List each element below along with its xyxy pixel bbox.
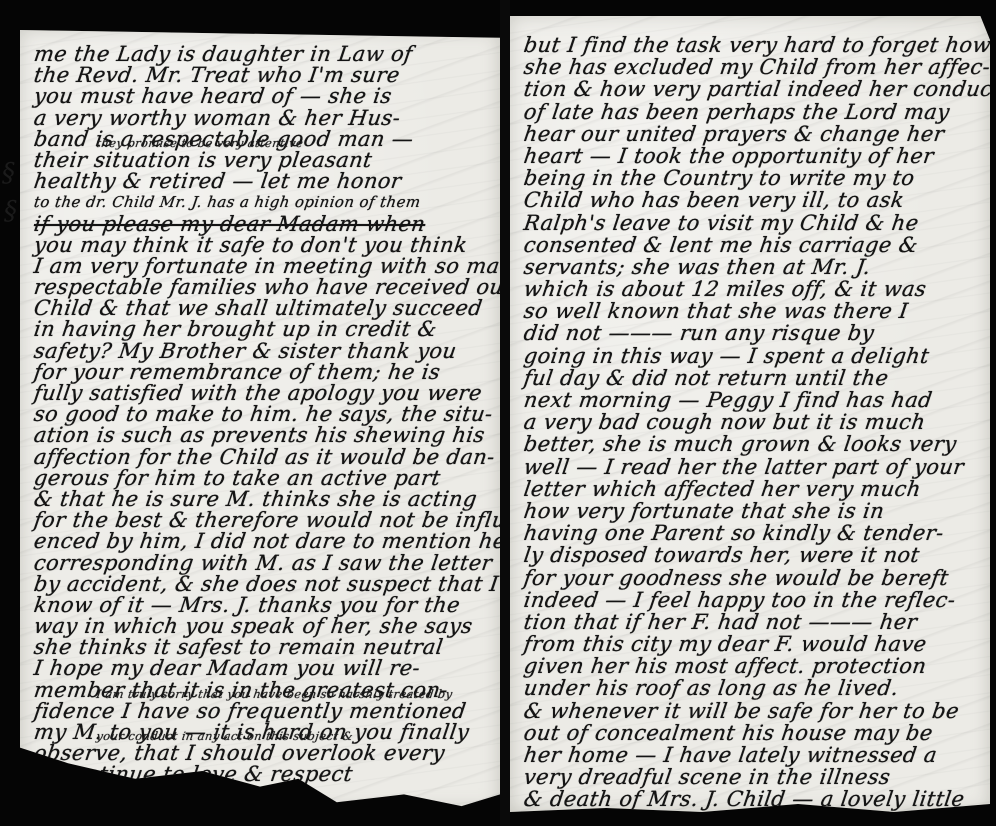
manuscript-line: which is about 12 miles off, & it was <box>522 278 981 300</box>
manuscript-line: you must have heard of — she is <box>33 86 492 107</box>
manuscript-line: a very worthy woman & her Hus- <box>33 108 492 129</box>
manuscript-line: well — I read her the latter part of you… <box>522 456 981 478</box>
line-text: affection for the Child as it would be d… <box>32 445 496 469</box>
manuscript-line: ful day & did not return until the <box>522 367 981 389</box>
manuscript-line: & continue to love & respect <box>33 764 492 785</box>
line-text: ful day & did not return until the <box>522 366 890 390</box>
manuscript-line: & whenever it will be safe for her to be <box>522 700 981 722</box>
manuscript-line: how very fortunate that she is in <box>522 500 981 522</box>
line-text: enced by him, I did not dare to mention … <box>32 529 500 553</box>
manuscript-line: affection for the Child as it would be d… <box>33 447 492 468</box>
line-text: a very worthy woman & her Hus- <box>32 106 402 130</box>
line-text: better, she is much grown & looks very <box>522 432 958 456</box>
margin-bracket-mark: § <box>4 196 17 226</box>
line-text: from this city my dear F. would have <box>522 632 928 656</box>
manuscript-line: tion & how very partial indeed her condu… <box>522 78 981 100</box>
manuscript-line: out of concealment his house may be <box>522 722 981 744</box>
line-text: healthy & retired — let me honor <box>32 169 403 193</box>
manuscript-line: being in the Country to write my to <box>522 167 981 189</box>
manuscript-line: from this city my dear F. would have <box>522 633 981 655</box>
manuscript-line: in having her brought up in credit & <box>33 319 492 340</box>
manuscript-line: fully satisfied with the apology you wer… <box>33 383 492 404</box>
manuscript-line: next morning — Peggy I find has had <box>522 389 981 411</box>
manuscript-line: under his roof as long as he lived. <box>522 677 981 699</box>
manuscript-line: ly disposed towards her, were it not <box>522 544 981 566</box>
line-text: being in the Country to write my to <box>522 166 916 190</box>
line-text: & death of Mrs. J. Child — a lovely litt… <box>522 787 966 811</box>
manuscript-line: indeed — I feel happy too in the reflec- <box>522 589 981 611</box>
manuscript-line: corresponding with M. as I saw the lette… <box>33 553 492 574</box>
manuscript-line: having one Parent so kindly & tender- <box>522 522 981 544</box>
manuscript-line: of late has been perhaps the Lord may <box>522 101 981 123</box>
manuscript-line: going in this way — I spent a delight <box>522 345 981 367</box>
line-text: of late has been perhaps the Lord may <box>522 100 951 124</box>
manuscript-line: hear our united prayers & change her <box>522 123 981 145</box>
line-text: how very fortunate that she is in <box>522 499 886 523</box>
line-text: servants; she was then at Mr. J. <box>522 255 872 279</box>
line-text: a very bad cough now but it is much <box>522 410 927 434</box>
manuscript-line: gerous for him to take an active part <box>33 468 492 489</box>
left-page-text: me the Lady is daughter in Law ofthe Rev… <box>34 44 490 807</box>
line-text: to the dr. Child Mr. J. has a high opini… <box>33 193 422 211</box>
manuscript-line: Ralph's leave to visit my Child & he <box>522 212 981 234</box>
manuscript-line: for your remembrance of them; he is <box>33 362 492 383</box>
line-text: for your goodness she would be bereft <box>522 566 950 590</box>
manuscript-line: if you please my dear Madam when <box>33 214 492 235</box>
manuscript-line: a very bad cough now but it is much <box>522 411 981 433</box>
line-text: very dreadful scene in the illness <box>522 765 892 789</box>
manuscript-line: better, she is much grown & looks very <box>522 433 981 455</box>
line-text: & whenever it will be safe for her to be <box>522 699 960 723</box>
manuscript-line: know of it — Mrs. J. thanks you for the <box>33 595 492 616</box>
line-text: well — I read her the latter part of you… <box>522 455 965 479</box>
line-text: under his roof as long as he lived. <box>522 676 900 700</box>
manuscript-line: letter which affected her very much <box>522 478 981 500</box>
manuscript-line: & that he is sure M. thinks she is actin… <box>33 489 492 510</box>
line-text: Child who has been very ill, to ask <box>522 188 905 212</box>
line-text: her home — I have lately witnessed a <box>522 743 938 767</box>
manuscript-line: I hope my dear Madam you will re- <box>33 658 492 679</box>
margin-bracket-mark: § <box>2 158 15 188</box>
interlinear-insertion: I am truly sorry that you have been so h… <box>96 688 454 700</box>
manuscript-line: heart — I took the opportunity of her <box>522 145 981 167</box>
interlinear-insertion: your conduct in any act on this subject … <box>96 730 354 742</box>
line-text: which is about 12 miles off, & it was <box>522 277 928 301</box>
line-text: given her his most affect. protection <box>522 654 928 678</box>
line-text: consented & lent me his carriage & <box>522 233 919 257</box>
manuscript-line: but I find the task very hard to forget … <box>522 34 981 56</box>
line-text: she has excluded my Child from her affec… <box>522 55 990 79</box>
line-text: in having her brought up in credit & <box>32 317 438 341</box>
line-text: ation is such as prevents his shewing hi… <box>32 423 486 447</box>
manuscript-line: ation is such as prevents his shewing hi… <box>33 425 492 446</box>
line-text: next morning — Peggy I find has had <box>522 388 934 412</box>
line-text: but I find the task very hard to forget … <box>522 33 990 57</box>
left-manuscript-page: me the Lady is daughter in Law ofthe Rev… <box>20 30 500 810</box>
line-text: ly disposed towards her, were it not <box>522 543 921 567</box>
manuscript-line: she has excluded my Child from her affec… <box>522 56 981 78</box>
line-text: having one Parent so kindly & tender- <box>522 521 945 545</box>
line-text: hear our united prayers & change her <box>522 122 946 146</box>
manuscript-line: for your goodness she would be bereft <box>522 567 981 589</box>
manuscript-line: her home — I have lately witnessed a <box>522 744 981 766</box>
manuscript-line: given her his most affect. protection <box>522 655 981 677</box>
manuscript-line: me the Lady is daughter in Law of <box>33 44 492 65</box>
manuscript-line: their situation is very pleasantthey pro… <box>33 150 492 171</box>
line-text: heart — I took the opportunity of her <box>522 144 935 168</box>
line-text: her. <box>32 784 77 808</box>
manuscript-line: very dreadful scene in the illness <box>522 766 981 788</box>
line-text: indeed — I feel happy too in the reflec- <box>522 588 957 612</box>
interlinear-insertion: they promise to be very attentive <box>96 137 304 149</box>
line-text: you must have heard of — she is <box>32 84 393 108</box>
right-manuscript-page: but I find the task very hard to forget … <box>510 16 990 812</box>
manuscript-line: to the dr. Child Mr. J. has a high opini… <box>33 192 492 213</box>
line-text: letter which affected her very much <box>522 477 922 501</box>
line-text: out of concealment his house may be <box>522 721 934 745</box>
line-text: Ralph's leave to visit my Child & he <box>522 211 920 235</box>
manuscript-line: Child who has been very ill, to ask <box>522 189 981 211</box>
line-text: & continue to love & respect <box>32 762 354 786</box>
right-page-text: but I find the task very hard to forget … <box>524 34 980 811</box>
line-text: did not ——— run any risque by <box>522 321 875 345</box>
manuscript-line: her. <box>33 786 492 807</box>
line-text: tion that if her F. had not ——— her <box>522 610 919 634</box>
manuscript-line: so well known that she was there I <box>522 300 981 322</box>
manuscript-line: consented & lent me his carriage & <box>522 234 981 256</box>
manuscript-line: servants; she was then at Mr. J. <box>522 256 981 278</box>
line-text: corresponding with M. as I saw the lette… <box>32 551 494 575</box>
manuscript-line: by accident, & she does not suspect that… <box>33 574 492 595</box>
manuscript-line: enced by him, I did not dare to mention … <box>33 531 492 552</box>
manuscript-line: fidence I have so frequently mentionedI … <box>33 701 492 722</box>
manuscript-line: healthy & retired — let me honor <box>33 171 492 192</box>
manuscript-line: I am very fortunate in meeting with so m… <box>33 256 492 277</box>
manuscript-line: & death of Mrs. J. Child — a lovely litt… <box>522 788 981 810</box>
book-gutter <box>500 0 510 826</box>
line-text: so well known that she was there I <box>522 299 909 323</box>
line-text: tion & how very partial indeed her condu… <box>522 77 990 101</box>
line-text: I hope my dear Madam you will re- <box>32 656 421 680</box>
manuscript-line: safety? My Brother & sister thank you <box>33 341 492 362</box>
line-text: going in this way — I spent a delight <box>522 344 931 368</box>
line-text: if you please my dear Madam when <box>32 212 427 236</box>
manuscript-line: you may think it safe to don't you think <box>33 235 492 256</box>
manuscript-line: tion that if her F. had not ——— her <box>522 611 981 633</box>
manuscript-line: did not ——— run any risque by <box>522 322 981 344</box>
